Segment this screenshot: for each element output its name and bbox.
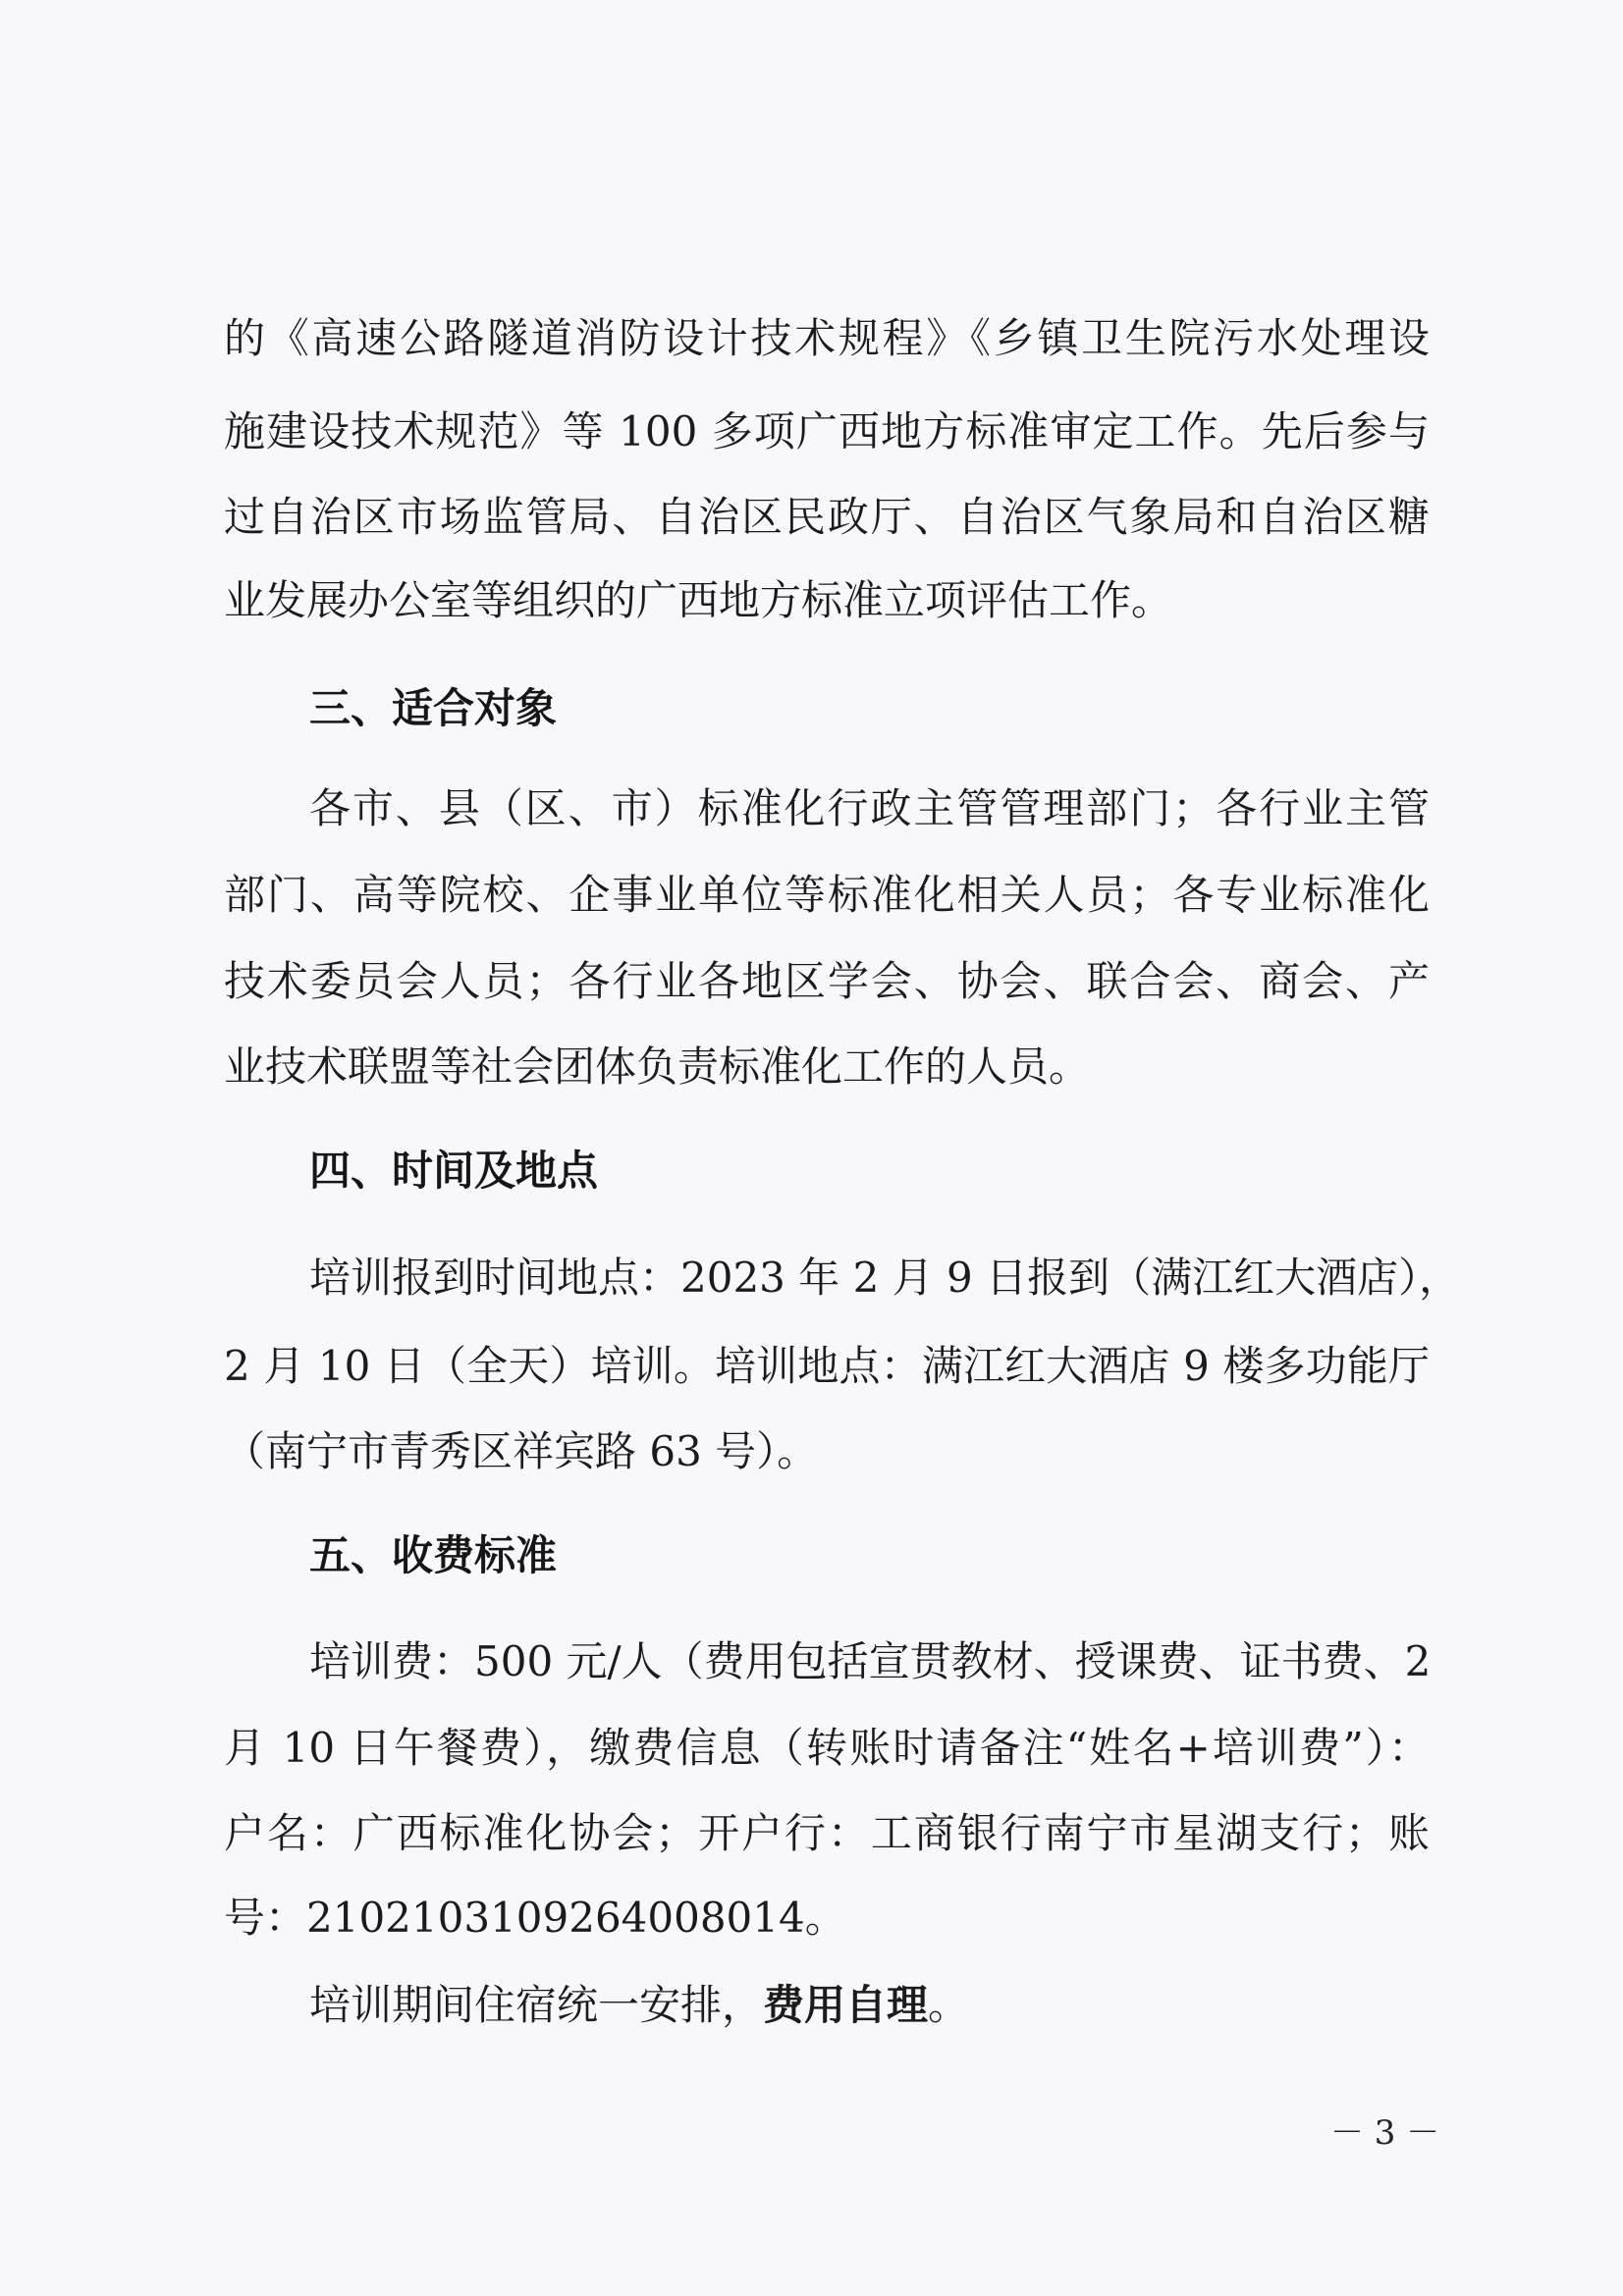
section-5-line-1: 培训费：500 元/人（费用包括宣贯教材、授课费、证书费、2 <box>309 1632 1430 1691</box>
section-3-line-1: 各市、县（区、市）标准化行政主管管理部门；各行业主管 <box>309 779 1430 838</box>
paragraph-1-line-2: 施建设技术规范》等 100 多项广西地方标准审定工作。先后参与 <box>224 402 1430 461</box>
section-4-line-3: （南宁市青秀区祥宾路 63 号）。 <box>224 1422 1430 1481</box>
accommodation-note: 培训期间住宿统一安排，费用自理。 <box>309 1976 1430 2035</box>
paragraph-1-line-4: 业发展办公室等组织的广西地方标准立项评估工作。 <box>224 571 1430 630</box>
paragraph-1-line-1: 的《高速公路隧道消防设计技术规程》《乡镇卫生院污水处理设 <box>224 309 1430 368</box>
page-number: － 3 － <box>1330 2109 1439 2158</box>
section-4-line-2: 2 月 10 日（全天）培训。培训地点：满江红大酒店 9 楼多功能厅 <box>224 1337 1430 1396</box>
section-3-line-3: 技术委员会人员；各行业各地区学会、协会、联合会、商会、产 <box>224 952 1430 1011</box>
accommodation-text: 培训期间住宿统一安排， <box>309 1981 763 2029</box>
accommodation-end: 。 <box>928 1981 969 2029</box>
section-5-line-4: 号：2102103109264008014。 <box>224 1889 1430 1948</box>
section-3-line-2: 部门、高等院校、企事业单位等标准化相关人员；各专业标准化 <box>224 866 1430 925</box>
self-paid-emphasis: 费用自理 <box>763 1981 928 2029</box>
section-3-line-4: 业技术联盟等社会团体负责标准化工作的人员。 <box>224 1038 1430 1096</box>
section-4-heading: 四、时间及地点 <box>309 1142 598 1201</box>
document-page: 的《高速公路隧道消防设计技术规程》《乡镇卫生院污水处理设 施建设技术规范》等 1… <box>0 0 1623 2296</box>
section-5-heading: 五、收费标准 <box>309 1526 557 1585</box>
section-5-line-2: 月 10 日午餐费），缴费信息（转账时请备注“姓名+培训费”）： <box>224 1719 1430 1778</box>
section-4-line-1: 培训报到时间地点：2023 年 2 月 9 日报到（满江红大酒店）， <box>309 1249 1430 1308</box>
section-3-heading: 三、适合对象 <box>309 679 557 738</box>
paragraph-1-line-3: 过自治区市场监管局、自治区民政厅、自治区气象局和自治区糖 <box>224 488 1430 547</box>
section-5-line-3: 户名：广西标准化协会；开户行：工商银行南宁市星湖支行；账 <box>224 1804 1430 1863</box>
